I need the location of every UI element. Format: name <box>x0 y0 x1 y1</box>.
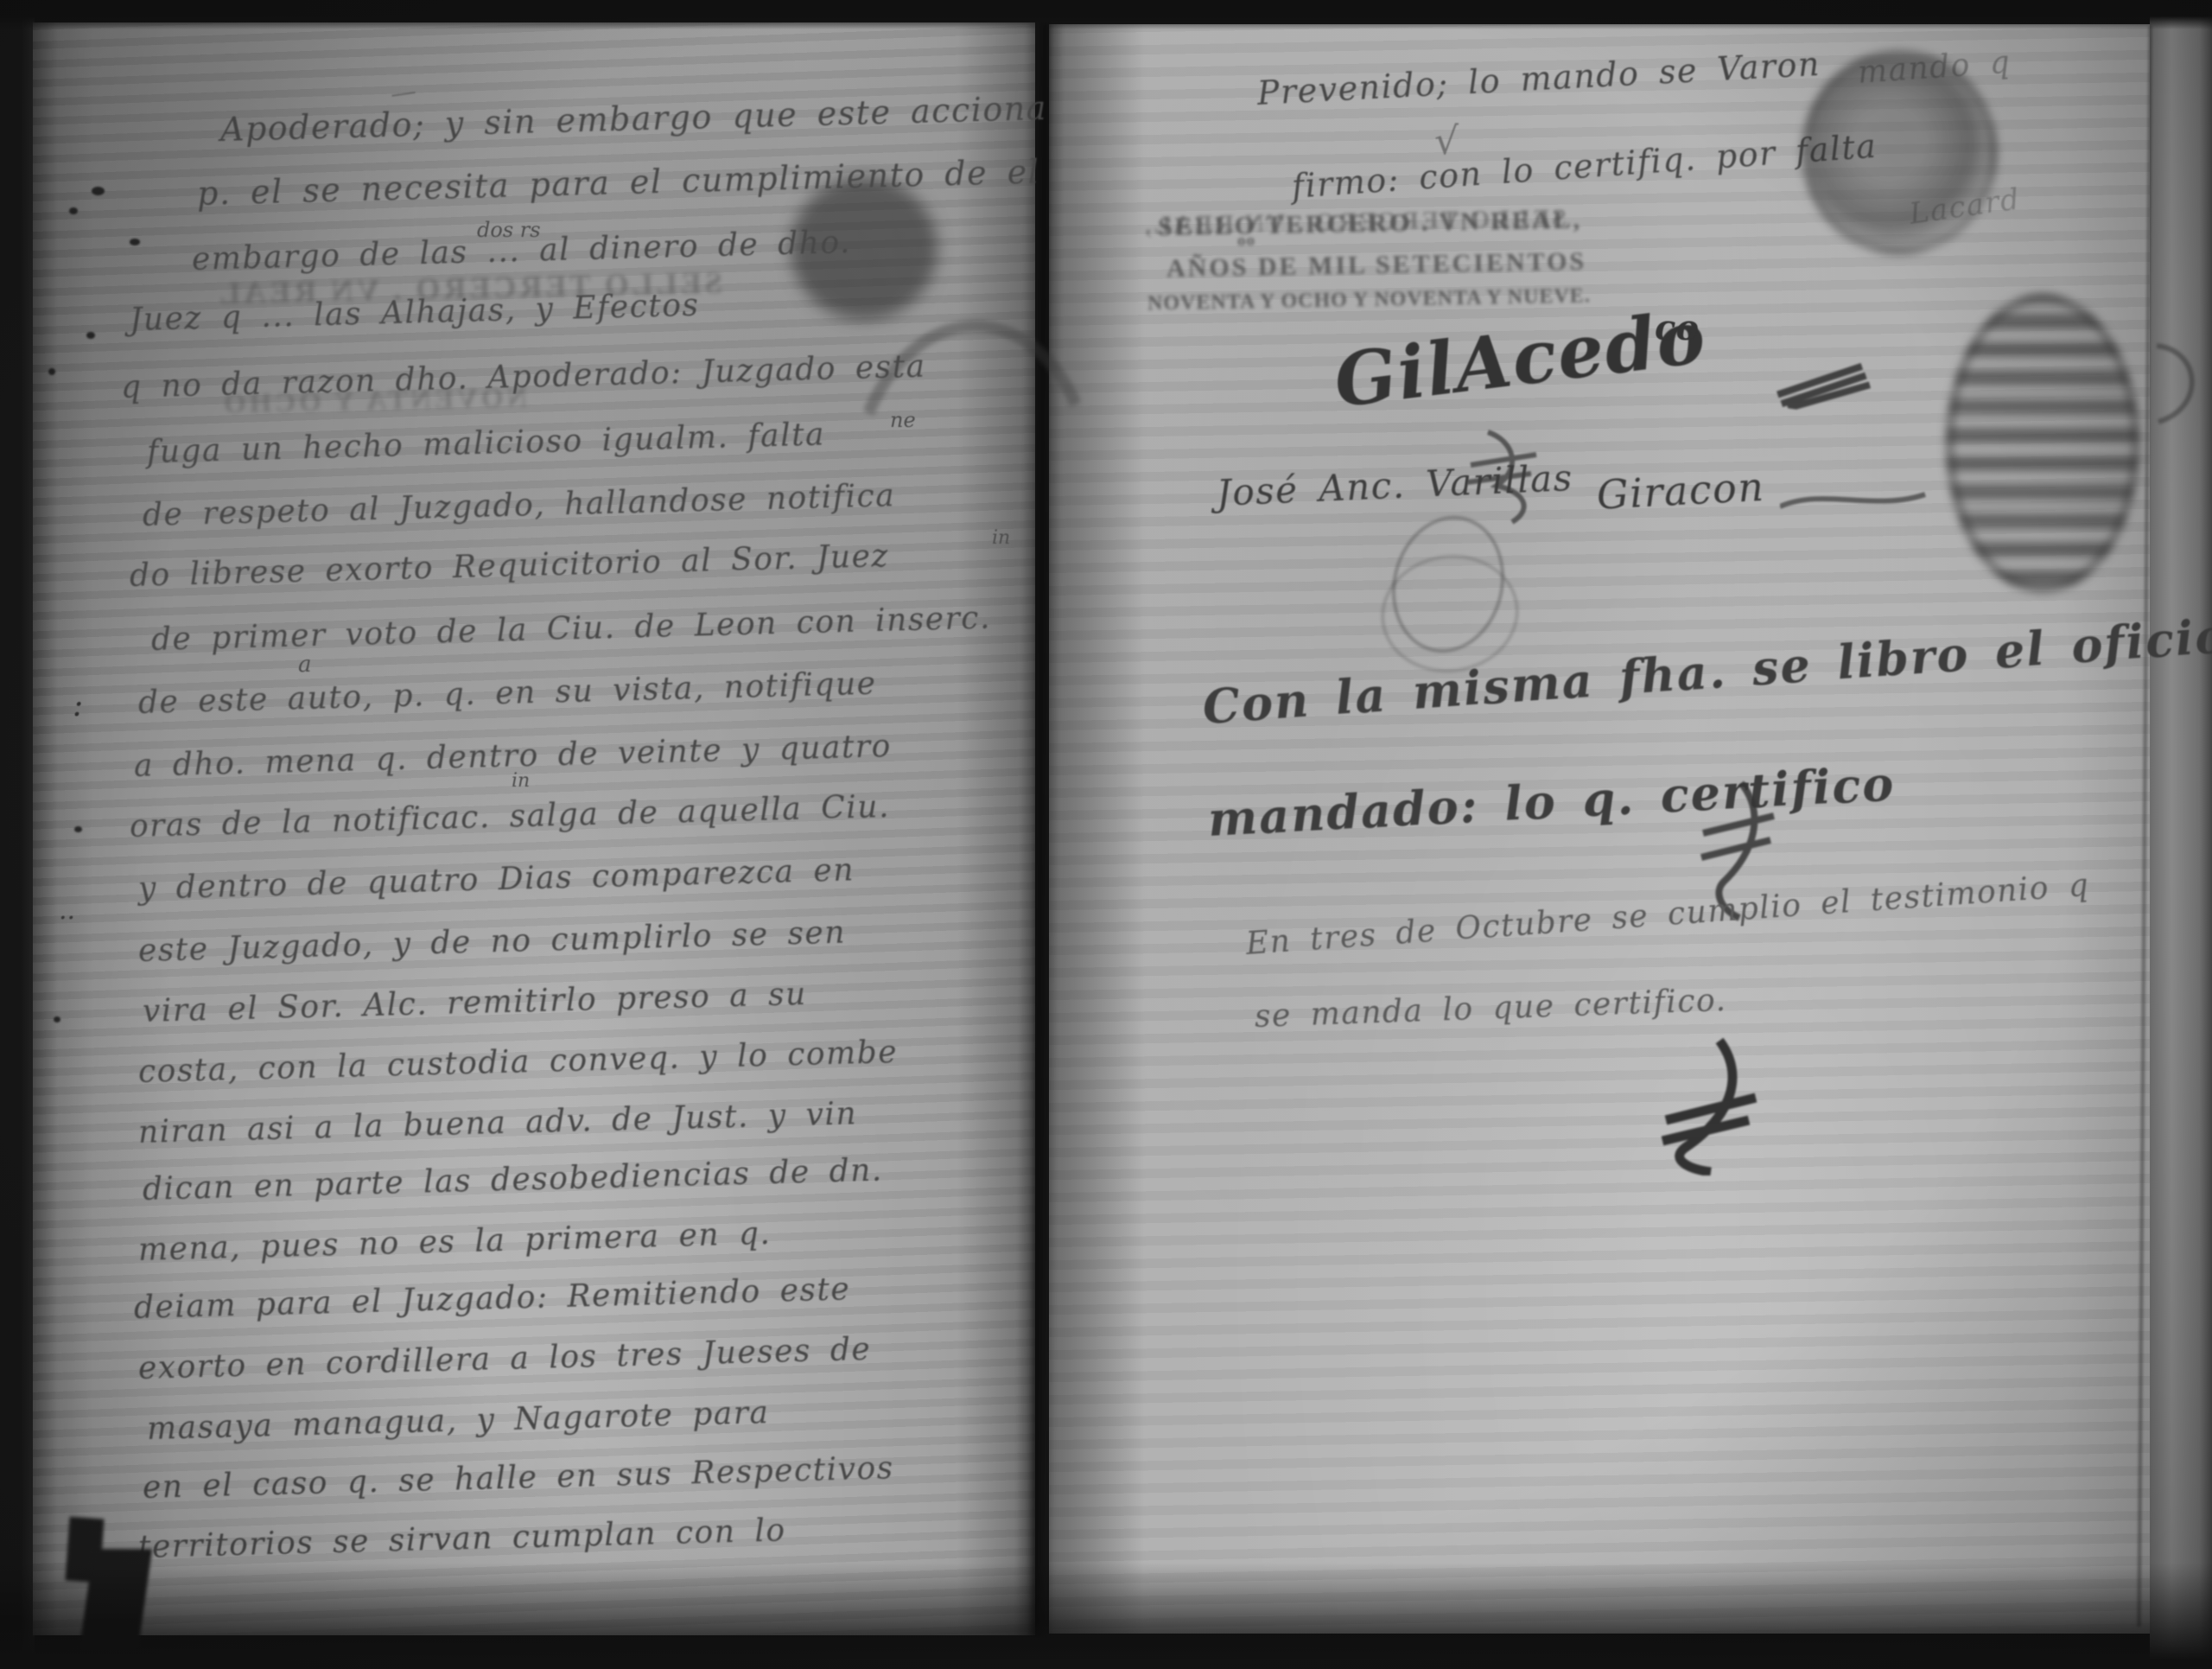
signature-giracon: Giracon <box>1596 463 1766 519</box>
right-page-edge-strip <box>2150 0 2212 1669</box>
signature-rubric-icon <box>1462 425 1545 526</box>
manuscript-spread: SELLO TERCERO . VN REAL NOVENTA Y OCHO —… <box>0 0 2212 1669</box>
note-rubric-icon <box>1659 1037 1763 1175</box>
ink-speck <box>54 1016 60 1022</box>
check-mark: √ <box>1434 119 1460 163</box>
top-shadow-band <box>0 0 2212 29</box>
interline-insert: a <box>298 652 312 678</box>
signature-superscript: co <box>1655 308 1699 348</box>
interline-insert: in <box>512 770 530 792</box>
margin-mark: .. <box>59 895 75 926</box>
edge-squiggle <box>2153 342 2209 425</box>
interline-insert: dos rs <box>477 218 541 242</box>
signature-tail-icon <box>1780 484 1927 519</box>
crease-mark: — <box>389 76 420 110</box>
book-spine-edge <box>0 0 35 1669</box>
ink-speck <box>92 187 105 195</box>
arc-smudge <box>864 275 1080 422</box>
ink-speck <box>74 826 82 832</box>
circular-seal-stamp <box>1802 50 1997 254</box>
ink-speck <box>130 239 140 245</box>
oval-seal-stamp <box>1946 294 2139 593</box>
ink-speck <box>69 207 78 214</box>
stamp-text-sup: oo <box>1237 232 1255 251</box>
ink-speck <box>48 368 55 375</box>
margin-mark: : <box>73 688 83 723</box>
bottom-shadow-band <box>0 1563 2212 1669</box>
interline-insert: ne <box>890 408 916 432</box>
ink-speck <box>86 332 95 339</box>
interline-insert: in <box>992 527 1010 549</box>
